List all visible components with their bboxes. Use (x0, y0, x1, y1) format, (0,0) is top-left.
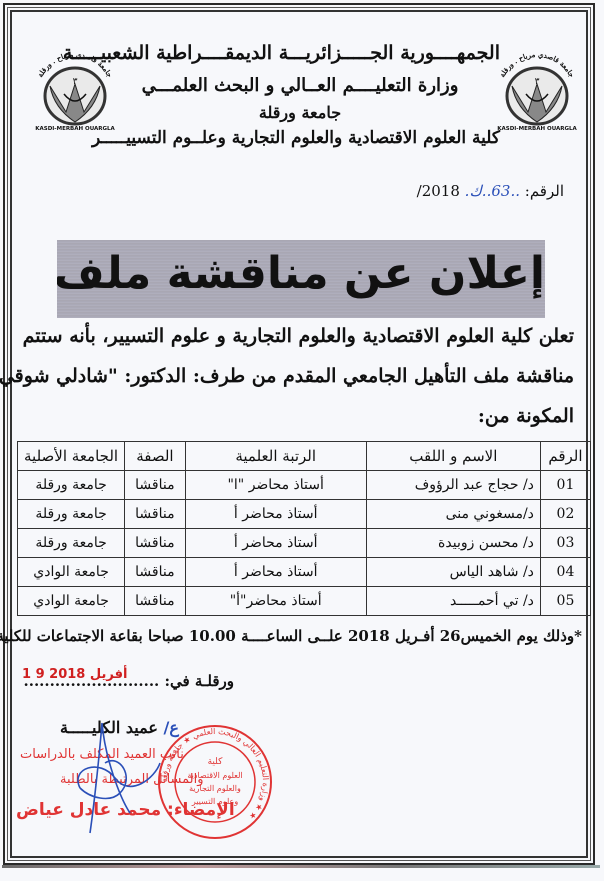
reference-year: 2018/ (417, 182, 460, 200)
schedule-note: *وذلك يوم الخميس26 أفـريل 2018 علــى الس… (0, 627, 582, 645)
ministry-title: وزارة التعليــــم العــالي و البحث العلم… (100, 75, 500, 96)
cell-rank: أستاذ محاضر "ا" (185, 471, 366, 500)
cell-name: د/ حجاج عبد الرؤوف (366, 471, 540, 500)
handwritten-signature-icon (60, 718, 170, 838)
svg-text:كلية: كلية (208, 757, 224, 767)
cell-name: د/مسغوني منى (366, 500, 540, 529)
table-row: 03 د/ محسن زوبيدة أستاذ محاضر أ مناقشا ج… (18, 529, 591, 558)
header-university: الجامعة الأصلية (18, 442, 125, 471)
republic-title: الجمهــــورية الجـــــزائريـــة الديمقــ… (100, 42, 500, 64)
cell-role: مناقشا (125, 558, 186, 587)
cell-university: جامعة ورقلة (18, 471, 125, 500)
cell-university: جامعة الوادي (18, 558, 125, 587)
announcement-title: إعلان عن مناقشة ملف تأهيل جامعي (57, 248, 545, 299)
body-line-2: مناقشة ملف التأهيل الجامعي المقدم من طرف… (14, 365, 574, 387)
official-round-stamp-icon: وزارة التعليم العالي والبحث العلمي ★ جام… (155, 722, 275, 842)
table-row: 01 د/ حجاج عبد الرؤوف أستاذ محاضر "ا" من… (18, 471, 591, 500)
cell-name: د/ محسن زوبيدة (366, 529, 540, 558)
university-logo-icon: ٣ جامعة قاصدي مرباح . ورقلة KASDI-MERBAH… (488, 50, 586, 132)
cell-role: مناقشا (125, 500, 186, 529)
svg-text:العلوم الاقتصادية: العلوم الاقتصادية (187, 771, 242, 780)
body-line-1: تعلن كلية العلوم الاقتصادية والعلوم التج… (14, 325, 574, 347)
cell-num: 02 (540, 500, 590, 529)
reference-number: الرقم: ..63..ك. 2018/ (417, 182, 564, 200)
svg-text:وعلوم التسيير: وعلوم التسيير (191, 797, 239, 806)
cell-name: د/ شاهد الياس (366, 558, 540, 587)
cell-num: 03 (540, 529, 590, 558)
cell-name: د/ تي أحمـــــد (366, 587, 540, 616)
committee-table: الرقم الاسم و اللقب الرتبة العلمية الصفة… (17, 441, 591, 616)
cell-university: جامعة ورقلة (18, 529, 125, 558)
reference-handwritten: ..63..ك. (465, 182, 520, 200)
cell-university: جامعة ورقلة (18, 500, 125, 529)
svg-text:والعلوم التجارية: والعلوم التجارية (189, 784, 241, 793)
cell-role: مناقشا (125, 587, 186, 616)
faculty-title: كلية العلوم الاقتصادية والعلوم التجارية … (100, 128, 500, 148)
cell-num: 05 (540, 587, 590, 616)
body-line-3: المكونة من: (14, 405, 574, 427)
cell-rank: أستاذ محاضر أ (185, 500, 366, 529)
university-title: جامعة ورقلة (100, 103, 500, 122)
cell-rank: أستاذ محاضر أ (185, 529, 366, 558)
header-num: الرقم (540, 442, 590, 471)
cell-rank: أستاذ محاضر"أ" (185, 587, 366, 616)
header-name: الاسم و اللقب (366, 442, 540, 471)
svg-text:٣: ٣ (535, 77, 540, 87)
svg-text:٣: ٣ (73, 77, 78, 87)
svg-text:KASDI-MERBAH OUARGLA: KASDI-MERBAH OUARGLA (497, 126, 577, 132)
page-border-shadow (2, 865, 600, 868)
cell-num: 01 (540, 471, 590, 500)
table-row: 04 د/ شاهد الياس أستاذ محاضر أ مناقشا جا… (18, 558, 591, 587)
cell-num: 04 (540, 558, 590, 587)
table-row: 02 د/مسغوني منى أستاذ محاضر أ مناقشا جام… (18, 500, 591, 529)
cell-role: مناقشا (125, 471, 186, 500)
date-stamp: 1 9 أفريل 2018 (22, 667, 127, 682)
cell-rank: أستاذ محاضر أ (185, 558, 366, 587)
reference-label: الرقم: (525, 182, 564, 200)
header-rank: الرتبة العلمية (185, 442, 366, 471)
table-row: 05 د/ تي أحمـــــد أستاذ محاضر"أ" مناقشا… (18, 587, 591, 616)
header-role: الصفة (125, 442, 186, 471)
table-header-row: الرقم الاسم و اللقب الرتبة العلمية الصفة… (18, 442, 591, 471)
cell-role: مناقشا (125, 529, 186, 558)
cell-university: جامعة الوادي (18, 587, 125, 616)
title-banner: إعلان عن مناقشة ملف تأهيل جامعي (57, 240, 545, 318)
